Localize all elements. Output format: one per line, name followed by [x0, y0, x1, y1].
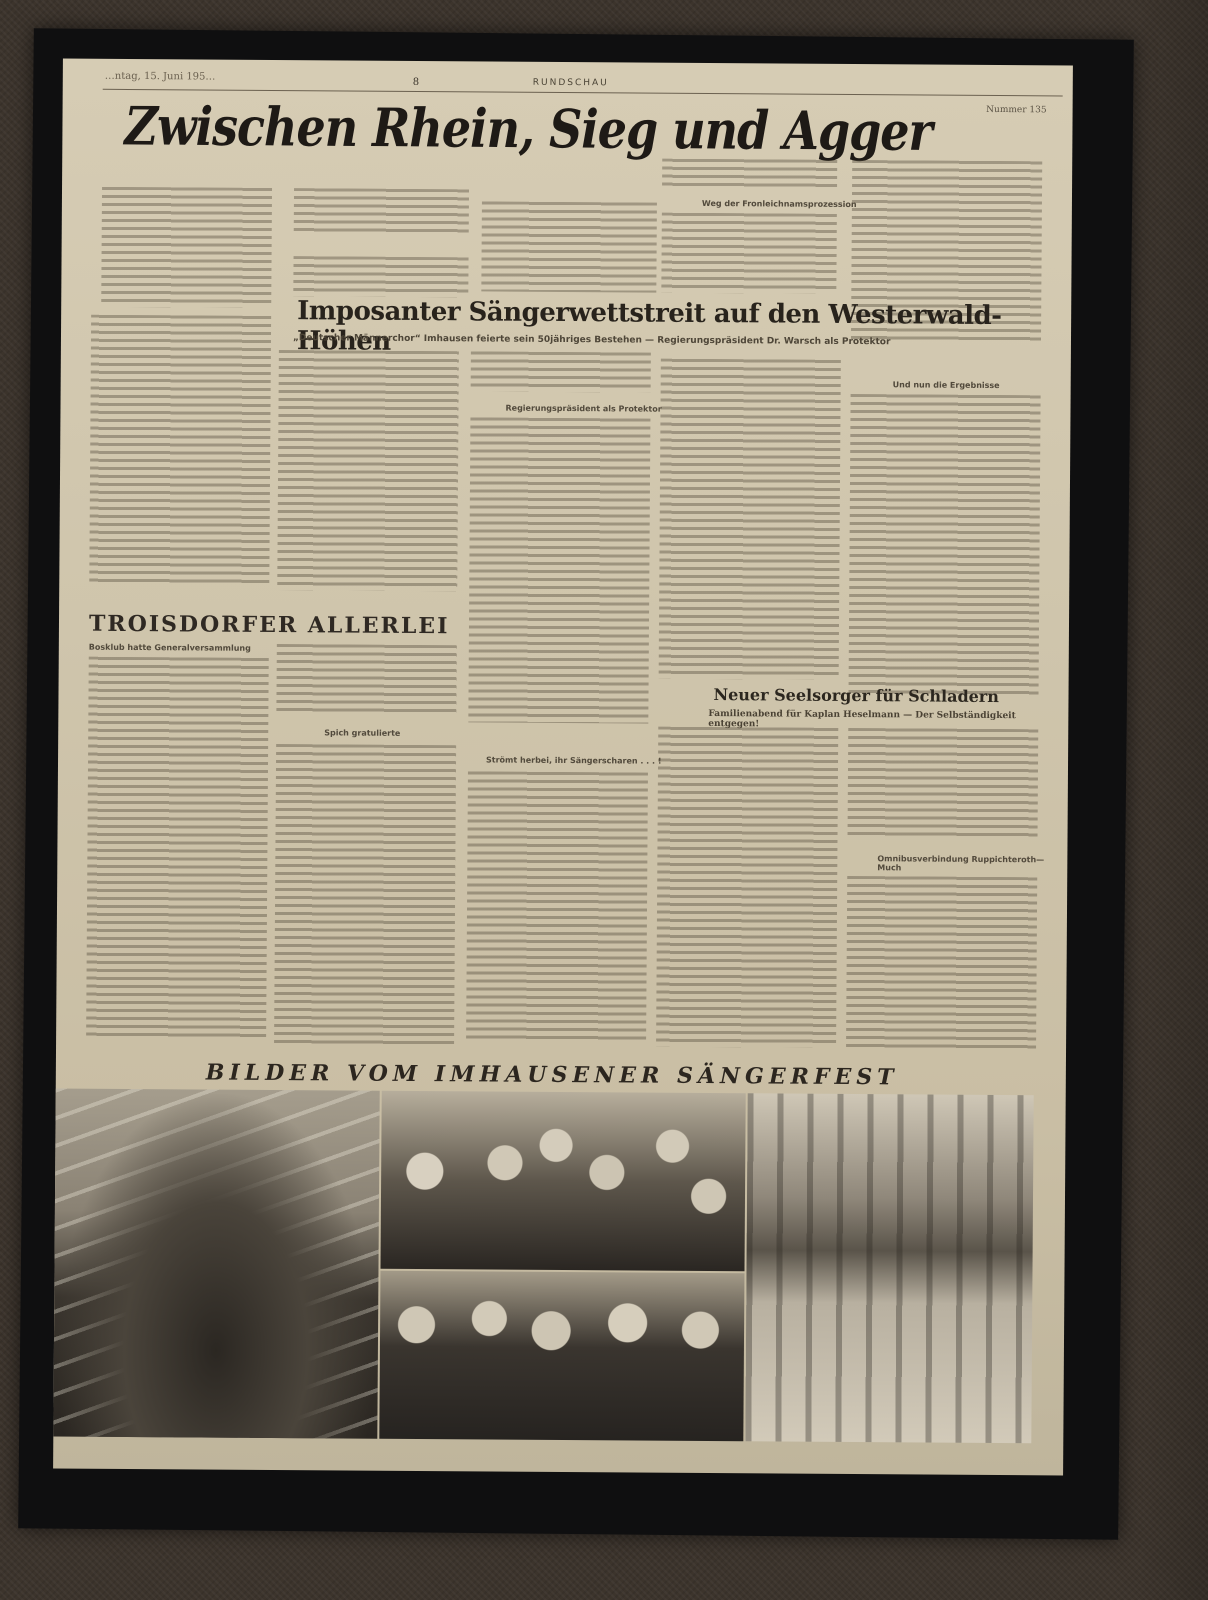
text-column	[294, 188, 469, 234]
subheading-ergebnisse: Und nun die Ergebnisse	[893, 380, 1000, 390]
section-title: Zwischen Rhein, Sieg und Agger	[124, 95, 932, 163]
text-column	[656, 727, 838, 1048]
text-column	[86, 657, 269, 1038]
article-headline: TROISDORFER ALLERLEI	[89, 611, 450, 640]
issue-number: Nummer 135	[986, 105, 1046, 115]
photo-gallery	[53, 1088, 1035, 1445]
subheading: Strömt herbei, ihr Sängerscharen . . . !	[486, 755, 662, 765]
text-column	[846, 876, 1037, 1049]
photo-club-members	[380, 1091, 745, 1272]
text-column	[274, 744, 456, 1045]
text-column	[471, 351, 651, 392]
text-column	[276, 644, 456, 715]
subheading: Regierungspräsident als Protektor	[505, 404, 661, 414]
subheading: Omnibusverbindung Ruppichteroth—Much	[877, 854, 1067, 873]
text-column	[89, 315, 271, 586]
text-column	[848, 728, 1039, 839]
text-column	[659, 359, 841, 680]
page-number: 8	[413, 77, 419, 88]
wall-shadow	[1138, 0, 1208, 1600]
photo-club-board	[379, 1271, 744, 1442]
subheading: Bosklub hatte Generalversammlung	[89, 643, 251, 653]
photo-tables	[745, 1093, 1033, 1443]
photo-section-banner: BILDER VOM IMHAUSENER SÄNGERFEST	[206, 1060, 899, 1091]
text-column	[481, 201, 657, 292]
dateline: …ntag, 15. Juni 195…	[105, 71, 216, 83]
subheading: Spich gratulierte	[324, 728, 400, 738]
text-column	[468, 417, 650, 723]
subheading-fronleichnam: Weg der Fronleichnamsprozession	[702, 199, 857, 209]
text-column	[849, 394, 1041, 695]
text-column	[277, 350, 459, 591]
text-column	[101, 187, 272, 308]
article-headline: Neuer Seelsorger für Schladern	[713, 685, 999, 706]
text-column	[661, 213, 837, 294]
text-column	[466, 771, 648, 1042]
text-column	[662, 159, 837, 190]
text-column	[293, 256, 468, 297]
photo-audience	[53, 1088, 379, 1438]
newspaper-page: …ntag, 15. Juni 195… 8 RUNDSCHAU Nummer …	[53, 58, 1073, 1475]
masthead: RUNDSCHAU	[533, 78, 609, 89]
